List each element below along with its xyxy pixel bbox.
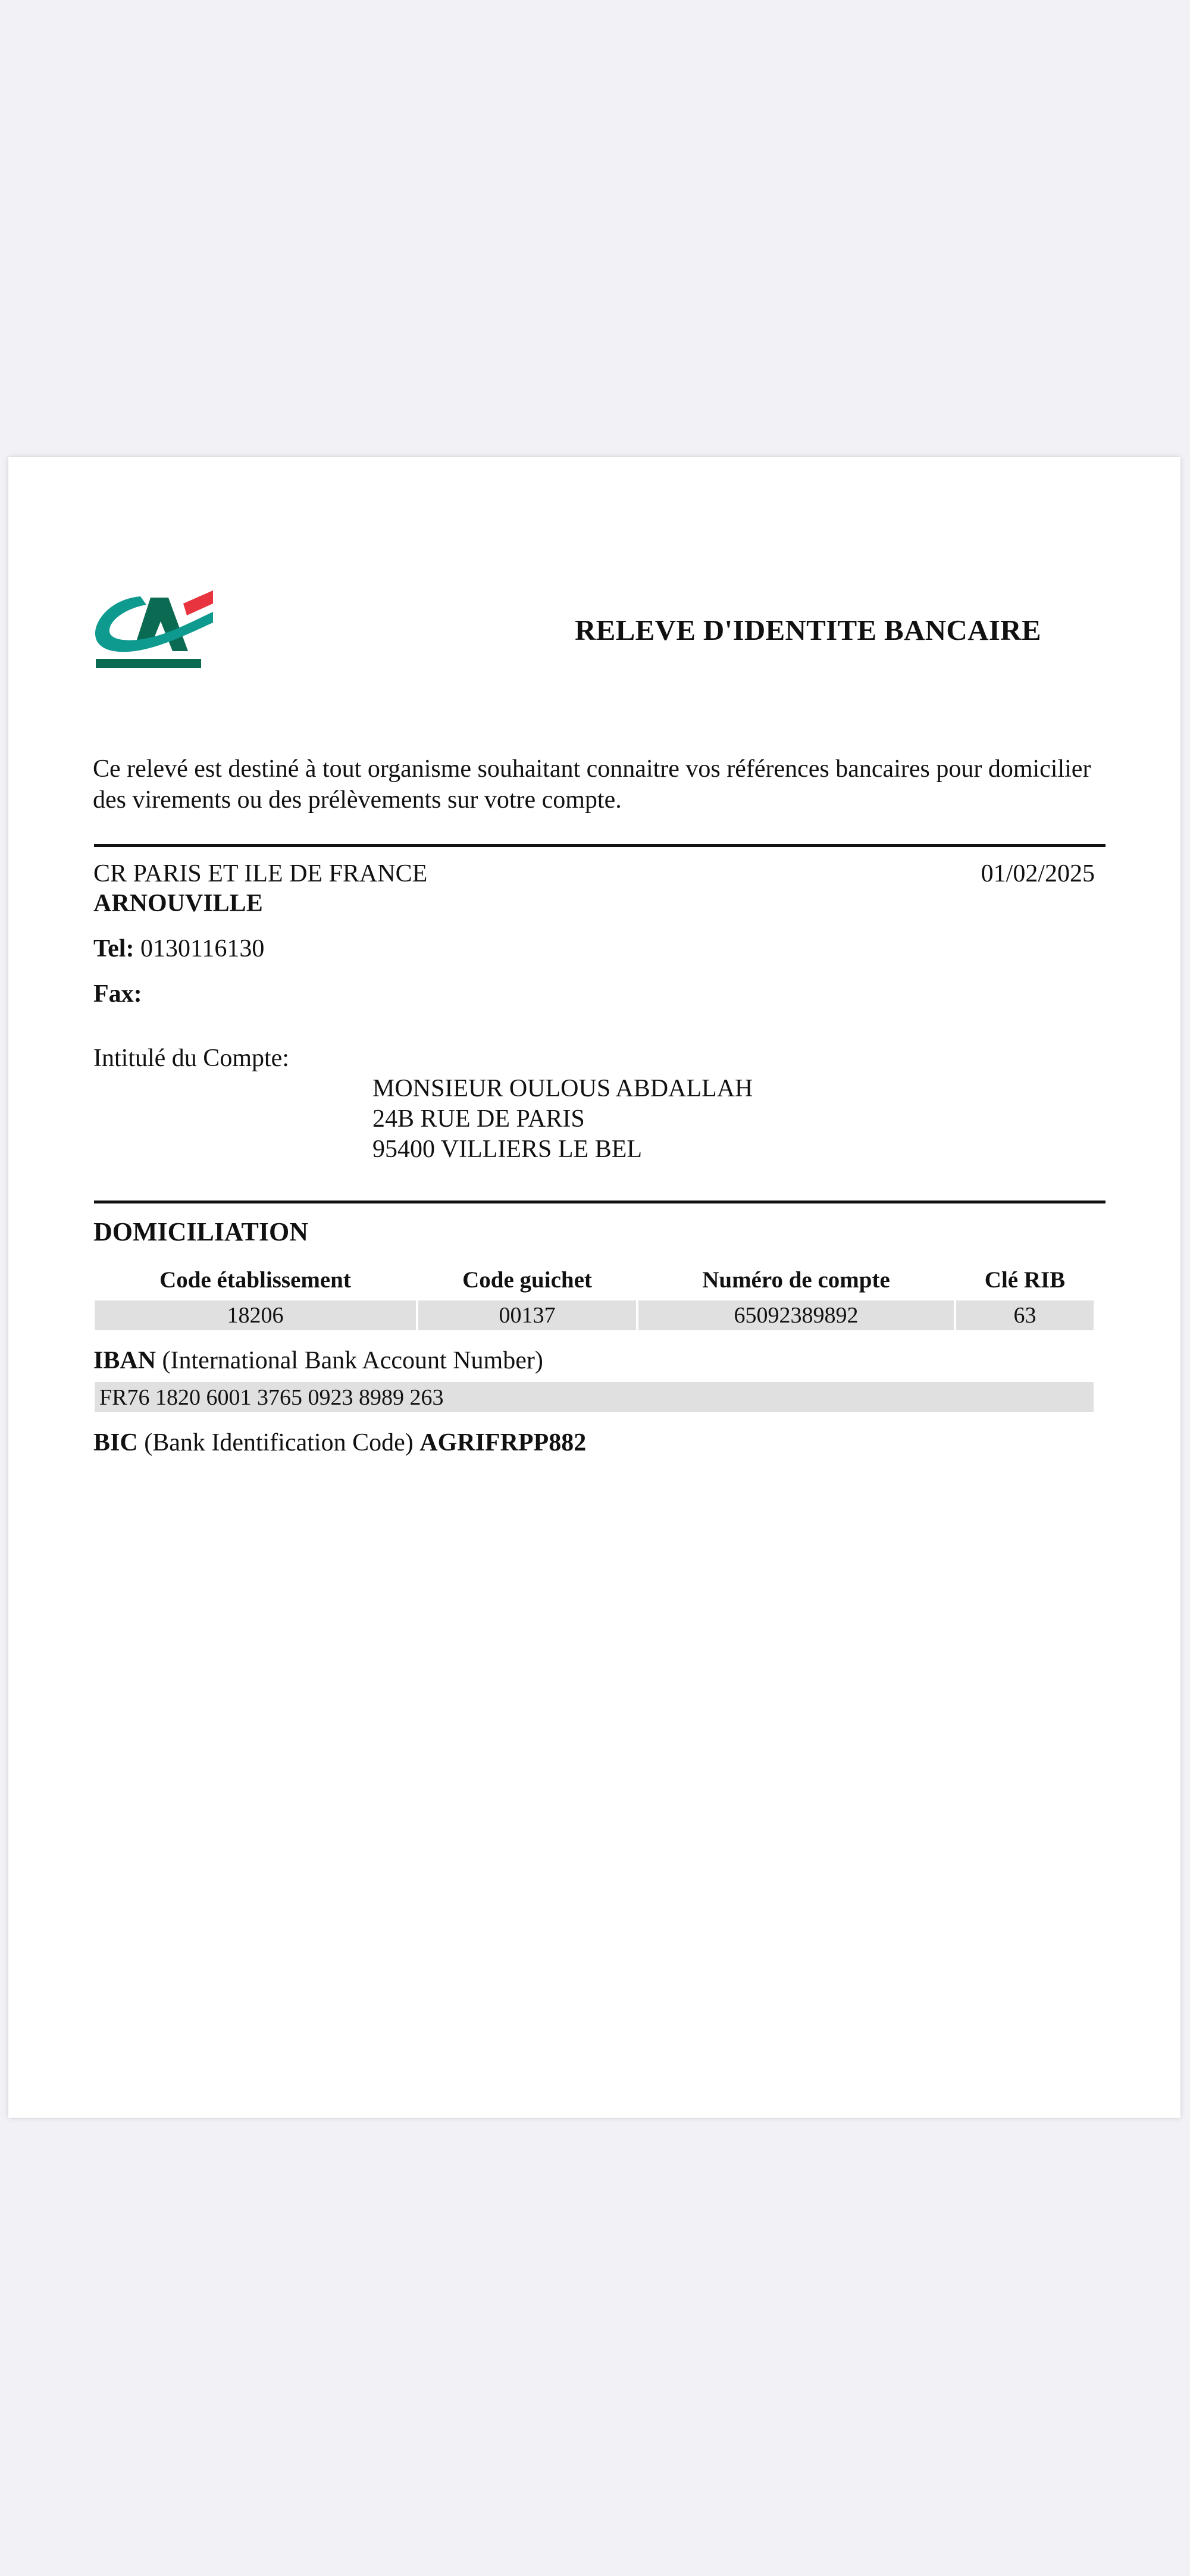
account-holder: MONSIEUR OULOUS ABDALLAH 24B RUE DE PARI… [372, 1074, 753, 1165]
domiciliation-heading: DOMICILIATION [93, 1217, 308, 1247]
bic-value: AGRIFRPP882 [419, 1429, 586, 1456]
tel-line: Tel: 0130116130 [93, 934, 264, 963]
bic-line: BIC (Bank Identification Code) AGRIFRPP8… [93, 1428, 586, 1457]
bank-name: CR PARIS ET ILE DE FRANCE [93, 859, 427, 888]
tel-label: Tel: [93, 935, 134, 962]
divider-top [94, 844, 1106, 847]
tel-value: 0130116130 [140, 935, 264, 962]
code-guichet-value: 00137 [418, 1300, 636, 1330]
rib-document-page: RELEVE D'IDENTITE BANCAIRE Ce relevé est… [8, 457, 1180, 2118]
bic-label-rest: (Bank Identification Code) [138, 1429, 420, 1456]
iban-field: FR76 1820 6001 3765 0923 8989 263 [95, 1382, 1094, 1412]
iban-label: IBAN (International Bank Account Number) [93, 1346, 543, 1375]
divider-middle [94, 1201, 1106, 1203]
fax-line: Fax: [93, 980, 142, 1008]
col-header-cle-rib: Clé RIB [956, 1267, 1094, 1293]
col-header-code-guichet: Code guichet [418, 1267, 636, 1293]
numero-compte-value: 65092389892 [638, 1300, 954, 1330]
holder-city: 95400 VILLIERS LE BEL [372, 1134, 753, 1165]
col-header-numero-compte: Numéro de compte [638, 1267, 954, 1293]
account-title-label: Intitulé du Compte: [93, 1044, 289, 1073]
iban-value: FR76 1820 6001 3765 0923 8989 263 [99, 1382, 443, 1413]
col-header-code-etablissement: Code établissement [95, 1267, 416, 1293]
iban-label-bold: IBAN [93, 1347, 156, 1374]
code-etablissement-value: 18206 [95, 1300, 416, 1330]
intro-text: Ce relevé est destiné à tout organisme s… [93, 754, 1104, 815]
document-title: RELEVE D'IDENTITE BANCAIRE [575, 613, 1041, 647]
document-date: 01/02/2025 [981, 859, 1095, 888]
bic-label-bold: BIC [93, 1429, 138, 1456]
fax-label: Fax: [93, 980, 142, 1008]
holder-street: 24B RUE DE PARIS [372, 1104, 753, 1134]
cle-rib-value: 63 [956, 1300, 1094, 1330]
credit-agricole-logo-icon [94, 590, 219, 674]
holder-name: MONSIEUR OULOUS ABDALLAH [372, 1074, 753, 1104]
iban-label-rest: (International Bank Account Number) [156, 1347, 543, 1374]
branch-name: ARNOUVILLE [93, 889, 263, 918]
